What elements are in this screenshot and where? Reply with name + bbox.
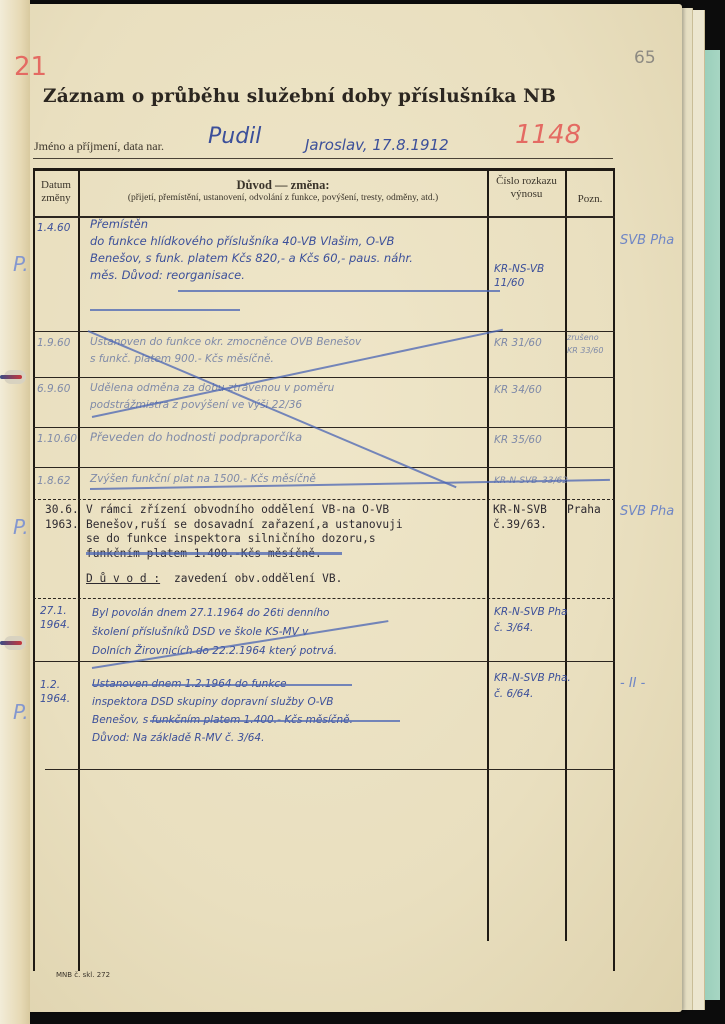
form-footer: MNB č. skl. 272 xyxy=(56,971,110,979)
punch-hole xyxy=(4,636,26,650)
margin-note-row-8: - II - xyxy=(620,676,645,691)
row-3-date: 6.9.60 xyxy=(37,382,70,396)
name-underline xyxy=(33,158,613,159)
row-7-date: 27.1. 1964. xyxy=(40,604,70,632)
page-number: 65 xyxy=(634,48,656,68)
row-6-date: 30.6. 1963. xyxy=(45,503,79,532)
surname-value: Pudil xyxy=(208,124,261,149)
row-4-order: KR 35/60 xyxy=(494,433,542,447)
row-5-date: 1.8.62 xyxy=(37,474,70,488)
binding-strip xyxy=(0,0,30,1024)
row-2-order: KR 31/60 xyxy=(494,336,542,350)
row-7-text: Byl povolán dnem 27.1.1964 do 26ti denní… xyxy=(92,604,337,661)
punch-hole xyxy=(4,370,26,384)
header-order: Číslo rozkazu výnosu xyxy=(489,175,564,201)
row-7-order: KR-N-SVB Pha č. 3/64. xyxy=(494,604,567,636)
row-8-date: 1.2. 1964. xyxy=(40,678,70,706)
row-6-order: KR-N-SVB č.39/63. xyxy=(493,503,547,532)
header-reason: Důvod — změna: (přijetí, přemístění, ust… xyxy=(81,179,485,205)
document-title: Záznam o průběhu služební doby příslušní… xyxy=(43,86,643,107)
row-4-text: Převeden do hodnosti podpraporčíka xyxy=(90,430,302,444)
header-reason-title: Důvod — změna: xyxy=(81,179,485,192)
margin-note-row-1: SVB Pha xyxy=(620,232,674,249)
row-8-order: KR-N-SVB Pha. č. 6/64. xyxy=(494,670,571,702)
row-6-reason-label: D ů v o d : xyxy=(86,572,160,587)
row-2-text: Ustanoven do funkce okr. zmocněnce OVB B… xyxy=(90,334,361,368)
row-4-date: 1.10.60 xyxy=(37,432,77,446)
corner-mark: 21 xyxy=(14,52,47,82)
row-2-note: zrušeno KR 33/60 xyxy=(567,331,603,357)
row-2-date: 1.9.60 xyxy=(37,336,70,350)
margin-note-row-6: SVB Pha xyxy=(620,503,674,520)
row-1-text: Přemístěn do funkce hlídkového příslušní… xyxy=(90,216,413,284)
row-1-date: 1.4.60 xyxy=(37,221,70,235)
header-note: Pozn. xyxy=(567,193,613,206)
left-margin-mark: P. xyxy=(13,252,29,276)
header-date: Datum změny xyxy=(35,179,77,205)
row-6-reason-value: zavedení obv.oddělení VB. xyxy=(174,572,342,587)
row-1-order: KR-NS-VB 11/60 xyxy=(494,262,544,290)
red-record-number: 1148 xyxy=(515,120,581,150)
left-margin-mark: P. xyxy=(13,700,29,724)
header-reason-sub: (přijetí, přemístění, ustanovení, odvolá… xyxy=(81,192,485,205)
name-label: Jméno a příjmení, data nar. xyxy=(34,139,164,154)
left-margin-mark: P. xyxy=(13,515,29,539)
row-3-order: KR 34/60 xyxy=(494,383,542,397)
row-6-note: Praha xyxy=(567,503,601,518)
first-name-birth-value: Jaroslav, 17.8.1912 xyxy=(305,136,449,154)
